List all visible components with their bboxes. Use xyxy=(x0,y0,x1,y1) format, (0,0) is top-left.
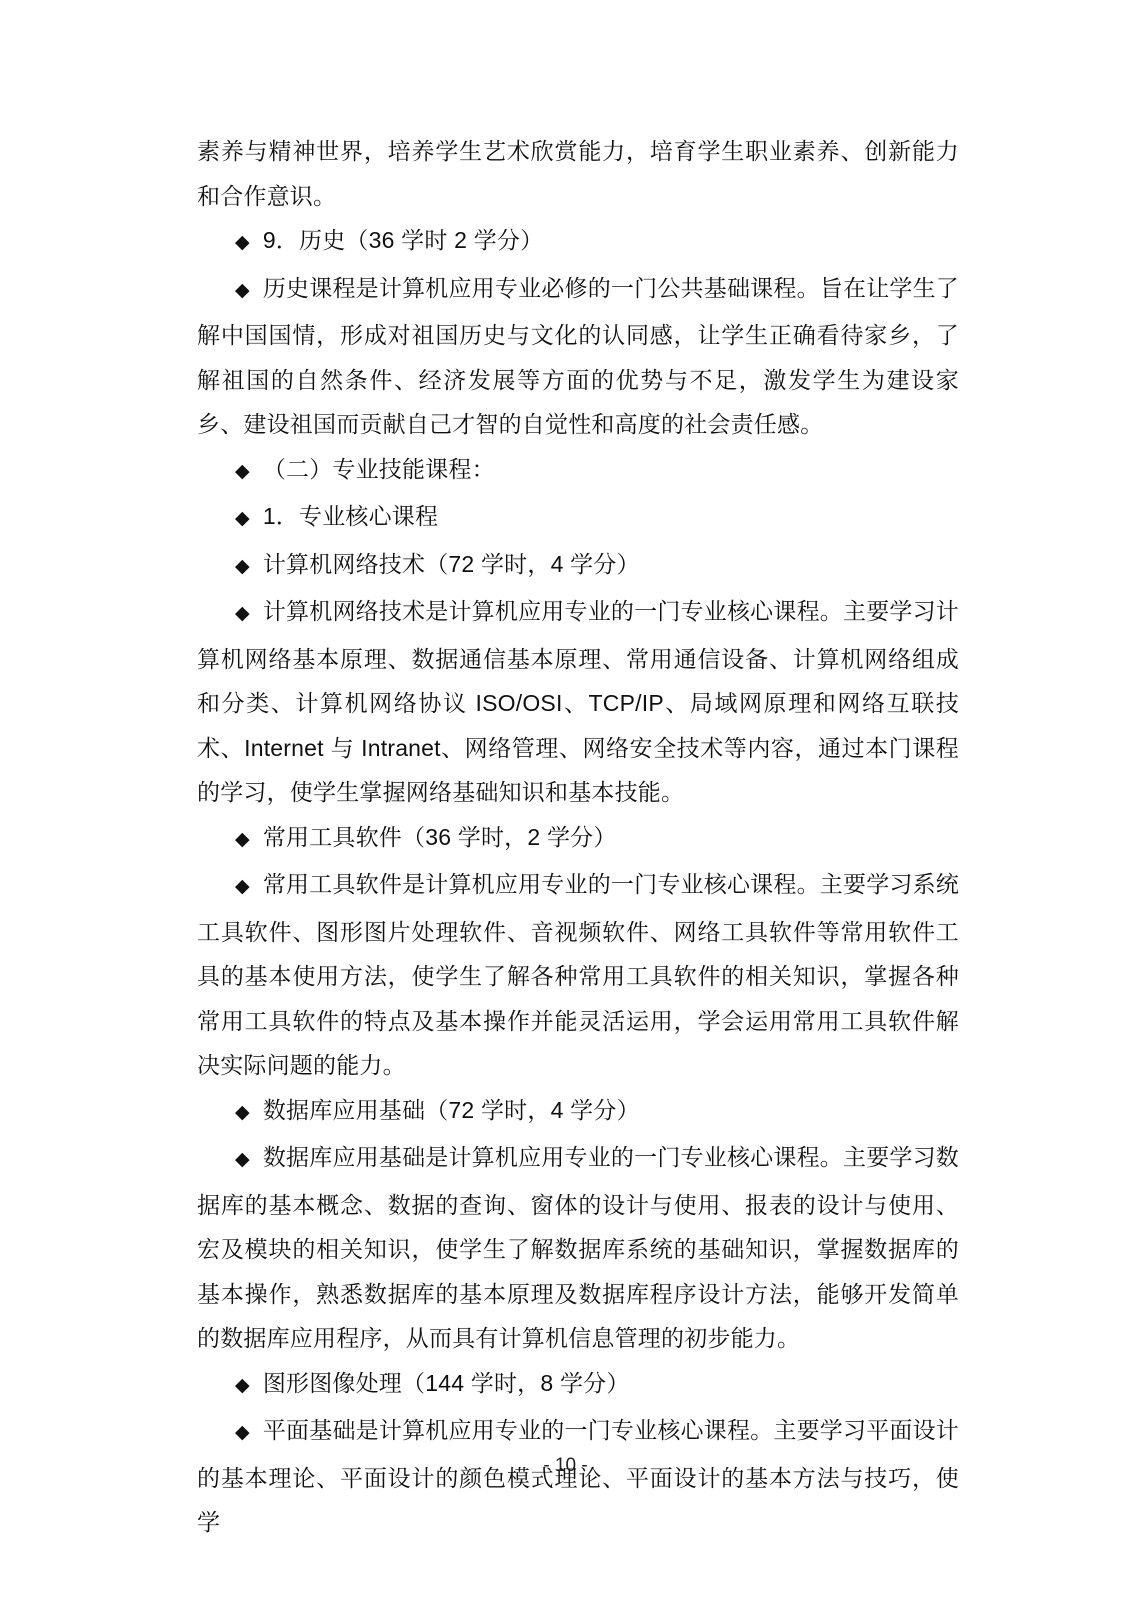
diamond-bullet-icon: ◆ xyxy=(235,1422,250,1443)
paragraph-text: 图形图像处理（144 学时，8 学分） xyxy=(263,1370,630,1396)
diamond-bullet-icon: ◆ xyxy=(235,280,250,301)
paragraph-text: 数据库应用基础是计算机应用专业的一门专业核心课程。主要学习数据库的基本概念、数据… xyxy=(197,1144,959,1351)
paragraph-text: 1．专业核心课程 xyxy=(263,503,438,529)
bullet-paragraph: ◆计算机网络技术是计算机应用专业的一门专业核心课程。主要学习计算机网络基本原理、… xyxy=(197,589,959,815)
diamond-bullet-icon: ◆ xyxy=(235,508,250,529)
diamond-bullet-icon: ◆ xyxy=(235,461,250,482)
paragraph-text: 素养与精神世界，培养学生艺术欣赏能力，培育学生职业素养、创新能力和合作意识。 xyxy=(197,138,959,209)
bullet-paragraph: ◆图形图像处理（144 学时，8 学分） xyxy=(197,1361,959,1409)
diamond-bullet-icon: ◆ xyxy=(235,1102,250,1123)
page-content: 素养与精神世界，培养学生艺术欣赏能力，培育学生职业素养、创新能力和合作意识。◆9… xyxy=(197,129,959,1545)
paragraph-text: 计算机网络技术（72 学时，4 学分） xyxy=(263,551,640,577)
bullet-paragraph: ◆9．历史（36 学时 2 学分） xyxy=(197,218,959,266)
paragraph-text: 历史课程是计算机应用专业必修的一门公共基础课程。旨在让学生了解中国国情，形成对祖… xyxy=(197,275,959,438)
bullet-paragraph: ◆常用工具软件（36 学时，2 学分） xyxy=(197,815,959,863)
bullet-paragraph: ◆计算机网络技术（72 学时，4 学分） xyxy=(197,542,959,590)
diamond-bullet-icon: ◆ xyxy=(235,876,250,897)
bullet-paragraph: ◆（二）专业技能课程： xyxy=(197,447,959,495)
paragraph-text: 9．历史（36 学时 2 学分） xyxy=(263,227,544,253)
page-footer: - 10 - xyxy=(0,1455,1131,1477)
bullet-paragraph: ◆1．专业核心课程 xyxy=(197,494,959,542)
diamond-bullet-icon: ◆ xyxy=(235,603,250,624)
paragraph-text: 常用工具软件是计算机应用专业的一门专业核心课程。主要学习系统工具软件、图形图片处… xyxy=(197,871,959,1078)
diamond-bullet-icon: ◆ xyxy=(235,232,250,253)
paragraph-text: 数据库应用基础（72 学时，4 学分） xyxy=(263,1097,640,1123)
document-page: 素养与精神世界，培养学生艺术欣赏能力，培育学生职业素养、创新能力和合作意识。◆9… xyxy=(0,0,1131,1600)
diamond-bullet-icon: ◆ xyxy=(235,1149,250,1170)
diamond-bullet-icon: ◆ xyxy=(235,829,250,850)
bullet-paragraph: ◆常用工具软件是计算机应用专业的一门专业核心课程。主要学习系统工具软件、图形图片… xyxy=(197,862,959,1088)
paragraph-text: 常用工具软件（36 学时，2 学分） xyxy=(263,824,617,850)
diamond-bullet-icon: ◆ xyxy=(235,1375,250,1396)
bullet-paragraph: ◆历史课程是计算机应用专业必修的一门公共基础课程。旨在让学生了解中国国情，形成对… xyxy=(197,266,959,447)
bullet-paragraph: ◆数据库应用基础（72 学时，4 学分） xyxy=(197,1088,959,1136)
paragraph-text: （二）专业技能课程： xyxy=(263,456,495,482)
diamond-bullet-icon: ◆ xyxy=(235,556,250,577)
paragraph-text: 计算机网络技术是计算机应用专业的一门专业核心课程。主要学习计算机网络基本原理、数… xyxy=(197,598,959,805)
bullet-paragraph: ◆数据库应用基础是计算机应用专业的一门专业核心课程。主要学习数据库的基本概念、数… xyxy=(197,1135,959,1361)
paragraph: 素养与精神世界，培养学生艺术欣赏能力，培育学生职业素养、创新能力和合作意识。 xyxy=(197,129,959,218)
page-number: - 10 - xyxy=(543,1455,587,1476)
